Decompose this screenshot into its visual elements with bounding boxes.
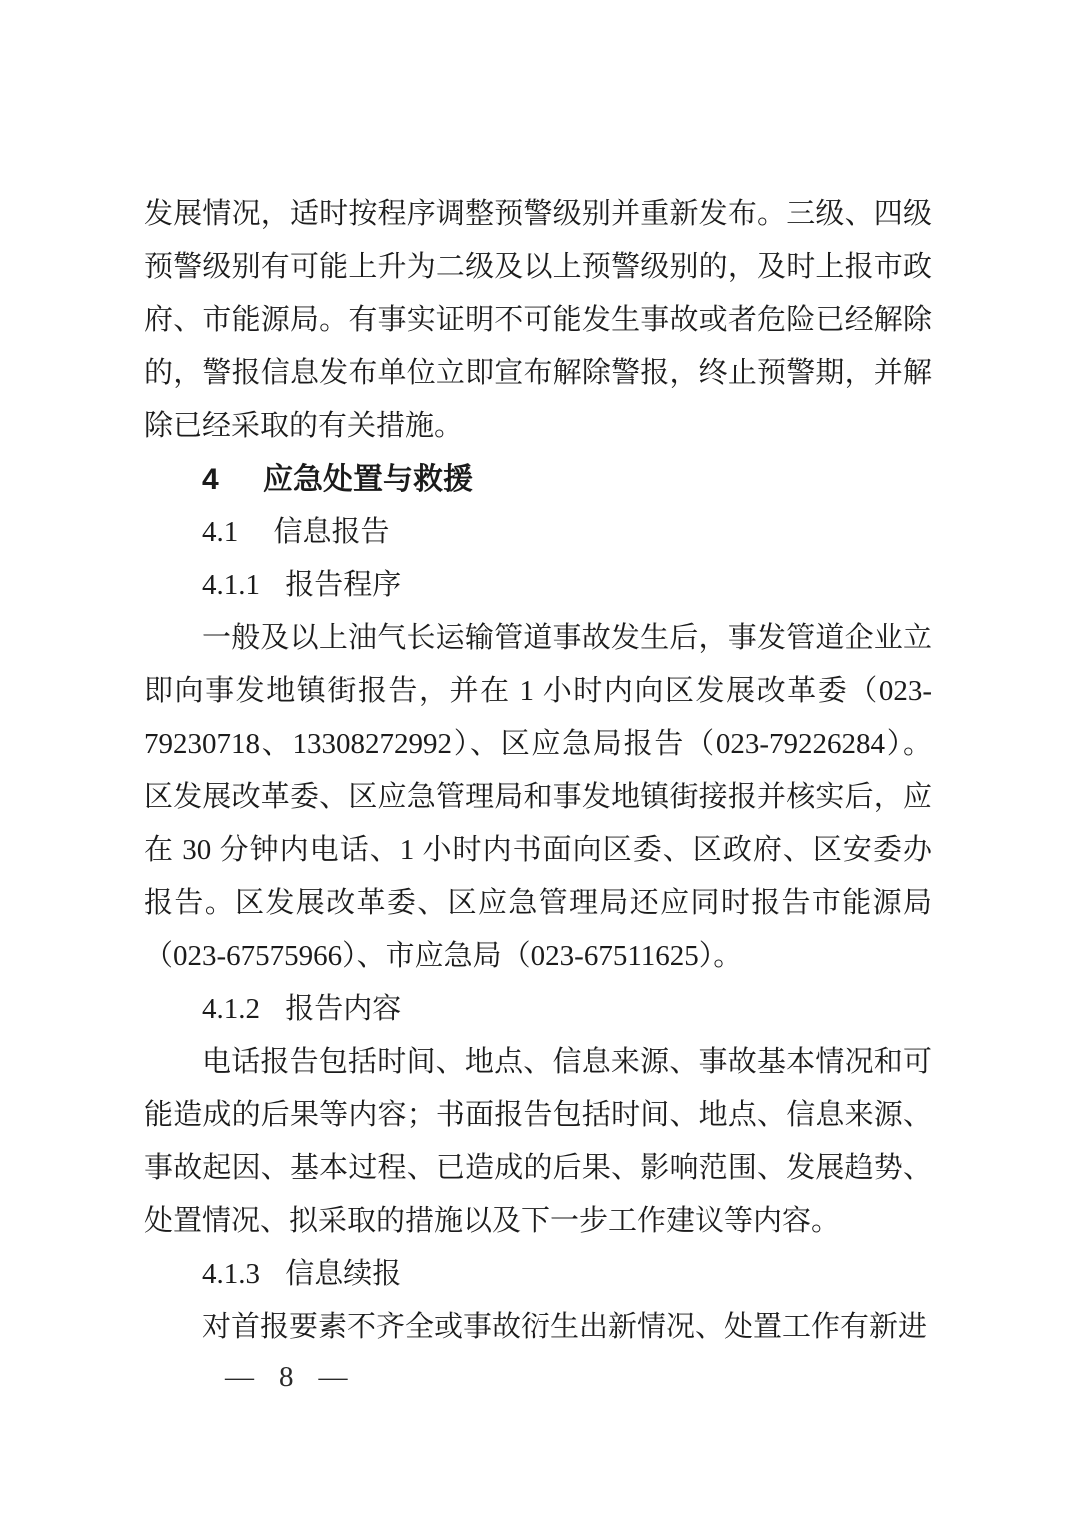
- footer-dash-left: —: [225, 1356, 254, 1398]
- paragraph-reporting-content: 电话报告包括时间、地点、信息来源、事故基本情况和可能造成的后果等内容；书面报告包…: [144, 1036, 932, 1248]
- section-heading-4: 4 应急处置与救援: [144, 453, 932, 506]
- section-heading-4-1-3: 4.1.3 信息续报: [144, 1248, 932, 1301]
- paragraph-reporting-procedure: 一般及以上油气长运输管道事故发生后，事发管道企业立即向事发地镇街报告，并在 1 …: [144, 612, 932, 983]
- section-heading-4-1-1: 4.1.1 报告程序: [144, 559, 932, 612]
- page-content: 发展情况，适时按程序调整预警级别并重新发布。三级、四级预警级别有可能上升为二级及…: [144, 188, 932, 1354]
- paragraph-followup-report: 对首报要素不齐全或事故衍生出新情况、处置工作有新进: [144, 1301, 932, 1354]
- section-title: 报告程序: [285, 569, 401, 601]
- section-number: 4.1: [202, 516, 238, 548]
- section-number: 4: [202, 463, 219, 496]
- section-title: 信息续报: [285, 1258, 401, 1290]
- section-title: 信息报告: [274, 516, 390, 548]
- section-heading-4-1-2: 4.1.2 报告内容: [144, 983, 932, 1036]
- section-title: 报告内容: [285, 993, 401, 1025]
- section-heading-4-1: 4.1 信息报告: [144, 506, 932, 559]
- section-number: 4.1.3: [202, 1258, 260, 1290]
- section-number: 4.1.2: [202, 993, 260, 1025]
- footer-dash-right: —: [319, 1356, 348, 1398]
- section-number: 4.1.1: [202, 569, 260, 601]
- document-page: 发展情况，适时按程序调整预警级别并重新发布。三级、四级预警级别有可能上升为二级及…: [0, 0, 1076, 1520]
- section-title: 应急处置与救援: [263, 463, 473, 496]
- paragraph-continuation: 发展情况，适时按程序调整预警级别并重新发布。三级、四级预警级别有可能上升为二级及…: [144, 188, 932, 453]
- page-number: 8: [279, 1356, 294, 1398]
- page-footer: — 8 —: [225, 1356, 348, 1398]
